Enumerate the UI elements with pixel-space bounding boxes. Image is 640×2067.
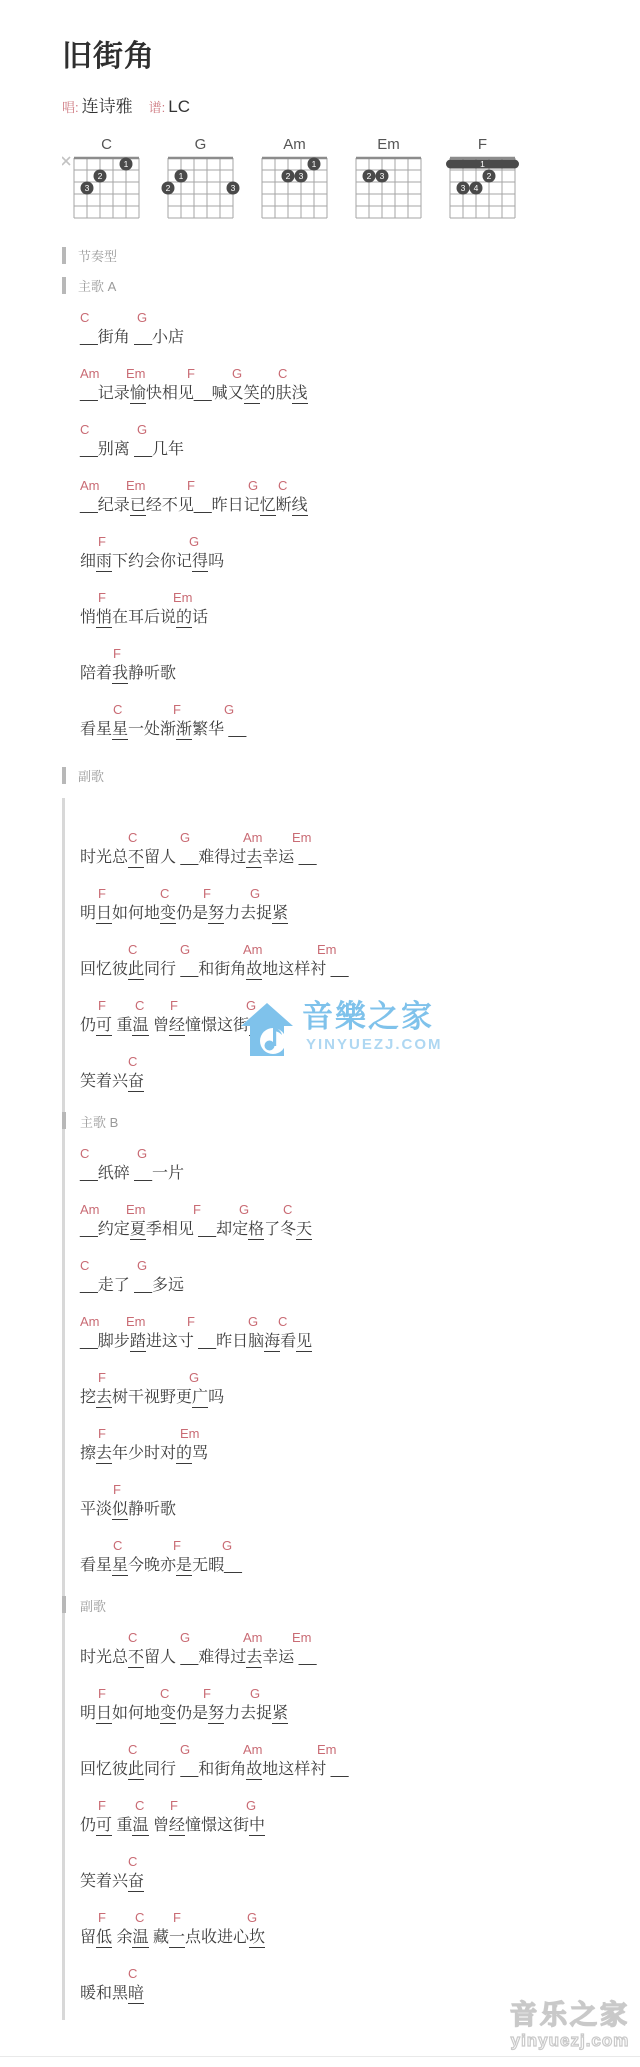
lyric-segment: 悄 (80, 609, 96, 626)
lyric-text: 陪着我静听歌 (80, 663, 600, 684)
lyric-text: __记录愉快相见__喊又笑的肤浅 (80, 383, 600, 404)
section-marker-bar (62, 1112, 66, 1129)
chord-symbol: Em (317, 1742, 337, 1757)
lyric-text: 时光总不留人 __难得过去幸运 __ (80, 847, 600, 868)
chord-symbol: Am (243, 1742, 263, 1757)
chord-symbol: F (187, 1314, 195, 1329)
section-marker-bar (62, 1596, 66, 1613)
svg-text:3: 3 (85, 183, 90, 193)
lyric-segment: 力去捉 (224, 905, 272, 922)
chord-row: FG (80, 534, 600, 551)
lyric-segment: 树干视野更 (112, 1389, 192, 1406)
svg-text:3: 3 (231, 183, 236, 193)
lyric-segment: 时光总 (80, 1649, 128, 1666)
lyric-underlined-char: 奋 (128, 1873, 144, 1892)
chord-symbol: G (180, 1742, 190, 1757)
lyric-segment: 地这样衬 __ (262, 1761, 348, 1778)
svg-text:3: 3 (380, 171, 385, 181)
chord-row: C (80, 1966, 600, 1983)
lyric-underlined-char: 笑 (244, 385, 260, 404)
lyric-underlined-char: 去 (246, 849, 262, 868)
chord-symbol: F (203, 1686, 211, 1701)
lyric-line: CG__纸碎 __一片 (80, 1146, 600, 1184)
lyric-line: CG__街角 __小店 (80, 310, 600, 348)
lyric-segment: __记录 (80, 385, 130, 402)
chord-symbol: Am (80, 478, 100, 493)
chord-row: FCFG (80, 1798, 600, 1815)
lyric-line: CGAmEm回忆彼此同行 __和街角故地这样衬 __ (80, 942, 600, 980)
lyric-segment: 憧憬这街 (185, 1017, 249, 1034)
lyric-underlined-char: 得 (192, 553, 208, 572)
lyric-line: C笑着兴奋 (80, 1054, 600, 1092)
chord-row: CFG (80, 1538, 600, 1555)
lyric-underlined-char: 浅 (292, 385, 308, 404)
chord-symbol: G (137, 310, 147, 325)
sheet-body: 节奏型主歌 ACG__街角 __小店AmEmFGC__记录愉快相见__喊又笑的肤… (62, 246, 640, 2020)
chord-symbol: F (187, 478, 195, 493)
lyric-segment: 骂 (192, 1445, 208, 1462)
lyric-text: 时光总不留人 __难得过去幸运 __ (80, 1647, 600, 1668)
lyric-segment: 今晚亦 (128, 1557, 176, 1574)
lyric-underlined-char: 星 (112, 721, 128, 740)
lyric-segment: 断 (276, 497, 292, 514)
lyric-segment: 暖和黑 (80, 1985, 128, 2002)
lyric-underlined-char: 温 (132, 1017, 148, 1036)
lyric-segment: 一处渐 (128, 721, 176, 738)
chord-symbol: C (128, 1630, 137, 1645)
chord-row: F (80, 646, 600, 663)
chord-symbol: C (128, 1054, 137, 1069)
lyric-underlined-char: 线 (292, 497, 308, 516)
chord-symbol: F (203, 886, 211, 901)
chord-row: FCFG (80, 886, 600, 903)
chord-row: AmEmFGC (80, 1314, 600, 1331)
lyric-underlined-char: 格 (248, 1221, 264, 1240)
lyric-segment: 同行 __和街角 (144, 961, 246, 978)
lyric-line: CGAmEm时光总不留人 __难得过去幸运 __ (80, 1630, 600, 1668)
lyric-text: __约定夏季相见 __却定格了冬天 (80, 1219, 600, 1240)
lyric-text: 回忆彼此同行 __和街角故地这样衬 __ (80, 959, 600, 980)
lyric-line: FCFG留低 余温 藏一点收进心坎 (80, 1910, 600, 1948)
lyric-underlined-char: 似 (112, 1501, 128, 1520)
chord-row: CG (80, 310, 600, 327)
chord-row: FCFG (80, 1686, 600, 1703)
chord-symbol: C (160, 886, 169, 901)
lyric-line: CG__别离 __几年 (80, 422, 600, 460)
lyric-underlined-char: 日 (96, 905, 112, 924)
chord-symbol: Em (126, 366, 146, 381)
lyric-segment: 留人 __难得过 (144, 1649, 246, 1666)
chord-symbol: C (80, 1258, 89, 1273)
lyric-text: 平淡似静听歌 (80, 1499, 600, 1520)
lyric-segment: 余 (112, 1929, 132, 1946)
lyric-underlined-char: 经 (169, 1817, 185, 1836)
lyric-underlined-char: 夏 (130, 1221, 146, 1240)
lyric-segment: 吗 (208, 553, 224, 570)
svg-text:4: 4 (474, 183, 479, 193)
lyric-segment: __纪录 (80, 497, 130, 514)
chord-symbol: C (283, 1202, 292, 1217)
chord-diagram-name: F (450, 136, 515, 154)
sheet-block: 节奏型主歌 ACG__街角 __小店AmEmFGC__记录愉快相见__喊又笑的肤… (62, 246, 640, 784)
svg-text:3: 3 (299, 171, 304, 181)
chord-symbol: Em (292, 1630, 312, 1645)
singer-label: 唱: (62, 100, 79, 115)
lyric-line: CGAmEm回忆彼此同行 __和街角故地这样衬 __ (80, 1742, 600, 1780)
lyric-underlined-char: 去 (246, 1649, 262, 1668)
lyric-segment: 陪着 (80, 665, 112, 682)
section-marker-bar (62, 247, 66, 264)
chord-symbol: G (239, 1202, 249, 1217)
lyric-underlined-char: 中 (249, 1017, 265, 1036)
score-label: 谱: (149, 100, 166, 115)
chord-symbol: F (187, 366, 195, 381)
chord-symbol: C (135, 1910, 144, 1925)
chord-symbol: Am (243, 942, 263, 957)
lyric-underlined-char: 紧 (272, 1705, 288, 1724)
lyric-segment: 看星 (80, 721, 112, 738)
chord-grid: 123 (250, 154, 334, 220)
section-label: 主歌 B (80, 1112, 118, 1131)
lyric-segment: 曾 (149, 1817, 169, 1834)
chord-symbol: G (232, 366, 242, 381)
lyric-segment: __纸碎 __一片 (80, 1165, 184, 1182)
chord-symbol: G (246, 1798, 256, 1813)
chord-row: CG (80, 422, 600, 439)
lyric-underlined-char: 中 (249, 1817, 265, 1836)
lyric-underlined-char: 可 (96, 1817, 112, 1836)
lyric-line: C笑着兴奋 (80, 1854, 600, 1892)
chord-diagrams-row: C123G123Am123Em23F1234 (62, 136, 640, 220)
lyric-line: CG__走了 __多远 (80, 1258, 600, 1296)
lyric-text: 擦去年少时对的骂 (80, 1443, 600, 1464)
chord-row: AmEmFGC (80, 478, 600, 495)
chord-diagram-G: G123 (156, 136, 240, 220)
lyric-line: FG挖去树干视野更广吗 (80, 1370, 600, 1408)
lyric-text: __走了 __多远 (80, 1275, 600, 1296)
lyric-text: 悄悄在耳后说的话 (80, 607, 600, 628)
chord-symbol: C (128, 942, 137, 957)
chord-grid: 123 (156, 154, 240, 220)
section-header: 节奏型 (62, 246, 640, 264)
chord-symbol: G (247, 1910, 257, 1925)
section-label: 副歌 (78, 766, 104, 785)
chord-symbol: Am (80, 366, 100, 381)
chord-grid: 23 (344, 154, 428, 220)
chord-symbol: C (80, 422, 89, 437)
lyric-underlined-char: 不 (128, 1649, 144, 1668)
chord-symbol: F (98, 534, 106, 549)
svg-text:2: 2 (98, 171, 103, 181)
lyric-text: __纸碎 __一片 (80, 1163, 600, 1184)
lyric-segment: 看星 (80, 1557, 112, 1574)
lyric-underlined-char: 努 (208, 1705, 224, 1724)
section-marker-bar (62, 767, 66, 784)
lyric-segment: 重 (112, 1817, 132, 1834)
chord-symbol: Am (80, 1314, 100, 1329)
svg-text:2: 2 (367, 171, 372, 181)
lyric-text: __脚步踏进这寸 __昨日脑海看见 (80, 1331, 600, 1352)
lyric-underlined-char: 经 (169, 1017, 185, 1036)
chord-symbol: C (160, 1686, 169, 1701)
lyric-underlined-char: 踏 (130, 1333, 146, 1352)
chord-symbol: F (193, 1202, 201, 1217)
lyric-segment: 明 (80, 905, 96, 922)
chord-grid: 123 (62, 154, 146, 220)
lyric-underlined-char: 愉 (130, 385, 146, 404)
lyric-underlined-char: 忆 (260, 497, 276, 516)
lyric-text: 仍可 重温 曾经憧憬这街中 (80, 1015, 600, 1036)
svg-text:2: 2 (286, 171, 291, 181)
lyric-segment: 留人 __难得过 (144, 849, 246, 866)
chord-row: FCFG (80, 1910, 600, 1927)
lyric-segment: 幸运 __ (262, 1649, 316, 1666)
lyric-segment: __街角 __小店 (80, 329, 184, 346)
chord-symbol: Am (243, 1630, 263, 1645)
chord-symbol: F (98, 1686, 106, 1701)
lyric-line: AmEmFGC__记录愉快相见__喊又笑的肤浅 (80, 366, 600, 404)
lyric-underlined-char: 变 (160, 905, 176, 924)
lyric-underlined-char: 努 (208, 905, 224, 924)
chord-symbol: F (173, 702, 181, 717)
chord-symbol: G (250, 886, 260, 901)
chord-symbol: F (173, 1538, 181, 1553)
singer-name: 连诗雅 (82, 97, 133, 116)
chord-symbol: G (189, 1370, 199, 1385)
lyric-text: __别离 __几年 (80, 439, 600, 460)
song-meta: 唱:连诗雅谱:LC (62, 92, 640, 114)
lyric-line: FEm擦去年少时对的骂 (80, 1426, 600, 1464)
lyric-text: 留低 余温 藏一点收进心坎 (80, 1927, 600, 1948)
chord-symbol: G (180, 830, 190, 845)
lyric-underlined-char: 的 (176, 609, 192, 628)
lyric-text: 笑着兴奋 (80, 1071, 600, 1092)
lyric-segment: 回忆彼 (80, 961, 128, 978)
chord-symbol: C (113, 1538, 122, 1553)
chord-diagram-F: F1234 (438, 136, 522, 220)
chord-row: CGAmEm (80, 830, 600, 847)
lyric-line: FEm悄悄在耳后说的话 (80, 590, 600, 628)
chord-symbol: G (180, 1630, 190, 1645)
chord-row: CG (80, 1146, 600, 1163)
chord-row: FEm (80, 590, 600, 607)
chord-symbol: F (98, 1798, 106, 1813)
lyric-line: AmEmFGC__约定夏季相见 __却定格了冬天 (80, 1202, 600, 1240)
chord-diagram-C: C123 (62, 136, 146, 220)
lyric-segment: 回忆彼 (80, 1761, 128, 1778)
section-header: 主歌 B (80, 1112, 640, 1130)
lyric-line: FCFG仍可 重温 曾经憧憬这街中 (80, 1798, 600, 1836)
chord-symbol: Em (126, 1202, 146, 1217)
chord-row: CGAmEm (80, 1630, 600, 1647)
chord-sheet-page: 旧街角 唱:连诗雅谱:LC C123G123Am123Em23F1234 节奏型… (0, 0, 640, 2020)
chord-symbol: F (98, 886, 106, 901)
svg-text:1: 1 (480, 159, 485, 169)
svg-text:2: 2 (487, 171, 492, 181)
lyric-segment: 吗 (208, 1389, 224, 1406)
chord-symbol: G (224, 702, 234, 717)
chord-symbol: C (135, 998, 144, 1013)
lyric-line: CFG看星星一处渐渐繁华 __ (80, 702, 600, 740)
lyric-segment: 明 (80, 1705, 96, 1722)
lyric-line: AmEmFGC__脚步踏进这寸 __昨日脑海看见 (80, 1314, 600, 1352)
lyric-segment: 同行 __和街角 (144, 1761, 246, 1778)
chord-symbol: G (180, 942, 190, 957)
chord-symbol: C (128, 1854, 137, 1869)
lyric-segment: 曾 (149, 1017, 169, 1034)
chord-symbol: Em (173, 590, 193, 605)
chord-symbol: F (98, 998, 106, 1013)
lyric-underlined-char: 不 (128, 849, 144, 868)
chord-symbol: Em (126, 1314, 146, 1329)
chord-symbol: C (128, 1966, 137, 1981)
lyric-segment: 力去捉 (224, 1705, 272, 1722)
chord-row: CG (80, 1258, 600, 1275)
lyric-segment: 细 (80, 553, 96, 570)
lyric-underlined-char: 悄 (96, 609, 112, 628)
lyric-underlined-char: 见 (296, 1333, 312, 1352)
lyric-segment: 地这样衬 __ (262, 961, 348, 978)
chord-symbol: Em (292, 830, 312, 845)
lyric-underlined-char: 暗 (128, 1985, 144, 2004)
section-label: 副歌 (80, 1596, 106, 1615)
chord-diagram-Em: Em23 (344, 136, 428, 220)
chord-diagram-name: Am (262, 136, 327, 154)
chord-row: AmEmFGC (80, 366, 600, 383)
lyric-text: 明日如何地变仍是努力去捉紧 (80, 1703, 600, 1724)
lyric-underlined-char: 温 (132, 1817, 148, 1836)
lyric-segment: 无暇__ (192, 1557, 242, 1574)
svg-text:1: 1 (179, 171, 184, 181)
chord-symbol: F (98, 1426, 106, 1441)
chord-symbol: Em (126, 478, 146, 493)
lyric-segment: 留 (80, 1929, 96, 1946)
lyric-segment: 静听歌 (128, 1501, 176, 1518)
lyric-segment: 话 (192, 609, 208, 626)
chord-symbol: F (98, 590, 106, 605)
section-header: 副歌 (80, 1596, 640, 1614)
lyric-segment: 笑着兴 (80, 1873, 128, 1890)
chord-row: CFG (80, 702, 600, 719)
lyric-text: 明日如何地变仍是努力去捉紧 (80, 903, 600, 924)
lyric-underlined-char: 一 (169, 1929, 185, 1948)
lyric-segment: 看 (280, 1333, 296, 1350)
chord-symbol: C (135, 1798, 144, 1813)
section-label: 主歌 A (78, 276, 116, 295)
chord-symbol: G (137, 1258, 147, 1273)
lyric-segment: 点收进心 (185, 1929, 249, 1946)
chord-symbol: Am (80, 1202, 100, 1217)
lyric-underlined-char: 低 (96, 1929, 112, 1948)
lyric-segment: 如何地 (112, 905, 160, 922)
lyric-underlined-char: 日 (96, 1705, 112, 1724)
lyric-text: 回忆彼此同行 __和街角故地这样衬 __ (80, 1759, 600, 1780)
lyric-underlined-char: 是 (176, 1557, 192, 1576)
lyric-segment: 如何地 (112, 1705, 160, 1722)
lyric-segment: 笑着兴 (80, 1073, 128, 1090)
chord-diagram-name: G (168, 136, 233, 154)
lyric-segment: __约定 (80, 1221, 130, 1238)
chord-symbol: G (137, 1146, 147, 1161)
lyric-text: 暖和黑暗 (80, 1983, 600, 2004)
chord-symbol: F (173, 1910, 181, 1925)
chord-symbol: F (170, 998, 178, 1013)
lyric-underlined-char: 渐 (176, 721, 192, 740)
chord-row: AmEmFGC (80, 1202, 600, 1219)
lyric-underlined-char: 已 (130, 497, 146, 516)
lyric-segment: 了冬 (264, 1221, 296, 1238)
chord-symbol: C (278, 478, 287, 493)
lyric-segment: 进这寸 __昨日脑 (146, 1333, 264, 1350)
svg-text:1: 1 (124, 159, 129, 169)
lyric-text: __街角 __小店 (80, 327, 600, 348)
lyric-line: FG细雨下约会你记得吗 (80, 534, 600, 572)
lyric-segment: 在耳后说 (112, 609, 176, 626)
chord-symbol: F (98, 1370, 106, 1385)
chord-symbol: G (137, 422, 147, 437)
chord-grid: 1234 (438, 154, 522, 220)
chord-diagram-name: C (74, 136, 139, 154)
lyric-text: 看星星一处渐渐繁华 __ (80, 719, 600, 740)
lyric-segment: 时光总 (80, 849, 128, 866)
chord-symbol: G (248, 1314, 258, 1329)
lyric-underlined-char: 奋 (128, 1073, 144, 1092)
lyric-segment: __别离 __几年 (80, 441, 184, 458)
chord-diagram-Am: Am123 (250, 136, 334, 220)
lyric-segment: 幸运 __ (262, 849, 316, 866)
lyric-line: F平淡似静听歌 (80, 1482, 600, 1520)
lyric-line: FCFG明日如何地变仍是努力去捉紧 (80, 1686, 600, 1724)
chord-row: FEm (80, 1426, 600, 1443)
lyric-line: CGAmEm时光总不留人 __难得过去幸运 __ (80, 830, 600, 868)
chord-symbol: F (113, 646, 121, 661)
lyric-underlined-char: 温 (132, 1929, 148, 1948)
chord-row: FCFG (80, 998, 600, 1015)
lyric-line: F陪着我静听歌 (80, 646, 600, 684)
lyric-underlined-char: 天 (296, 1221, 312, 1240)
lyric-underlined-char: 故 (246, 961, 262, 980)
lyric-underlined-char: 的 (176, 1445, 192, 1464)
lyric-segment: 仍 (80, 1817, 96, 1834)
lyric-segment: 擦 (80, 1445, 96, 1462)
lyric-text: 看星星今晚亦是无暇__ (80, 1555, 600, 1576)
chord-symbol: Am (243, 830, 263, 845)
lyric-segment: 仍是 (176, 905, 208, 922)
lyric-segment: 重 (112, 1017, 132, 1034)
lyric-underlined-char: 我 (112, 665, 128, 684)
lyric-segment: 挖 (80, 1389, 96, 1406)
lyric-segment: 快相见__喊又 (146, 385, 244, 402)
lyric-line: FCFG明日如何地变仍是努力去捉紧 (80, 886, 600, 924)
lyric-text: __纪录已经不见__昨日记忆断线 (80, 495, 600, 516)
chord-symbol: G (222, 1538, 232, 1553)
chord-row: CGAmEm (80, 942, 600, 959)
lyric-segment: 静听歌 (128, 665, 176, 682)
lyric-segment: 经不见__昨日记 (146, 497, 260, 514)
lyric-text: 细雨下约会你记得吗 (80, 551, 600, 572)
svg-text:2: 2 (166, 183, 171, 193)
lyric-underlined-char: 此 (128, 961, 144, 980)
lyric-underlined-char: 故 (246, 1761, 262, 1780)
chord-symbol: F (170, 1798, 178, 1813)
chord-symbol: G (250, 1686, 260, 1701)
lyric-segment: 下约会你记 (112, 553, 192, 570)
lyric-underlined-char: 海 (264, 1333, 280, 1352)
song-title: 旧街角 (62, 38, 640, 76)
score-author: LC (168, 97, 190, 116)
lyric-text: 笑着兴奋 (80, 1871, 600, 1892)
lyric-segment: __走了 __多远 (80, 1277, 184, 1294)
